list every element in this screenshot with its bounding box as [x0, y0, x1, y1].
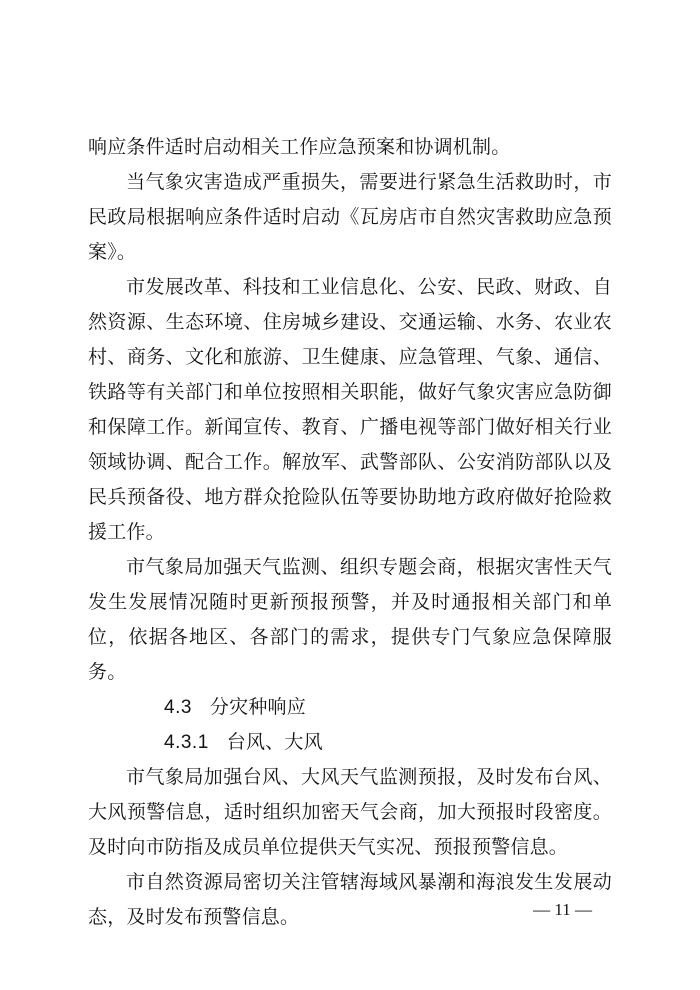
body-paragraph: 当气象灾害造成严重损失，需要进行紧急生活救助时，市民政局根据响应条件适时启动《瓦… [88, 165, 612, 270]
section-heading-4-3: 4.3分灾种响应 [88, 690, 612, 725]
section-number: 4.3.1 [126, 725, 209, 760]
section-title: 台风、大风 [227, 732, 323, 753]
section-number: 4.3 [126, 690, 192, 725]
page-number: — 11 — [533, 898, 592, 922]
body-paragraph: 市气象局加强天气监测、组织专题会商，根据灾害性天气发生发展情况随时更新预报预警，… [88, 550, 612, 690]
document-body: 响应条件适时启动相关工作应急预案和协调机制。 当气象灾害造成严重损失，需要进行紧… [88, 130, 612, 935]
body-paragraph: 响应条件适时启动相关工作应急预案和协调机制。 [88, 130, 612, 165]
body-paragraph: 市发展改革、科技和工业信息化、公安、民政、财政、自然资源、生态环境、住房城乡建设… [88, 270, 612, 550]
document-page: 响应条件适时启动相关工作应急预案和协调机制。 当气象灾害造成严重损失，需要进行紧… [0, 0, 700, 990]
section-heading-4-3-1: 4.3.1台风、大风 [88, 725, 612, 760]
body-paragraph: 市气象局加强台风、大风天气监测预报，及时发布台风、大风预警信息，适时组织加密天气… [88, 760, 612, 865]
section-title: 分灾种响应 [210, 697, 306, 718]
